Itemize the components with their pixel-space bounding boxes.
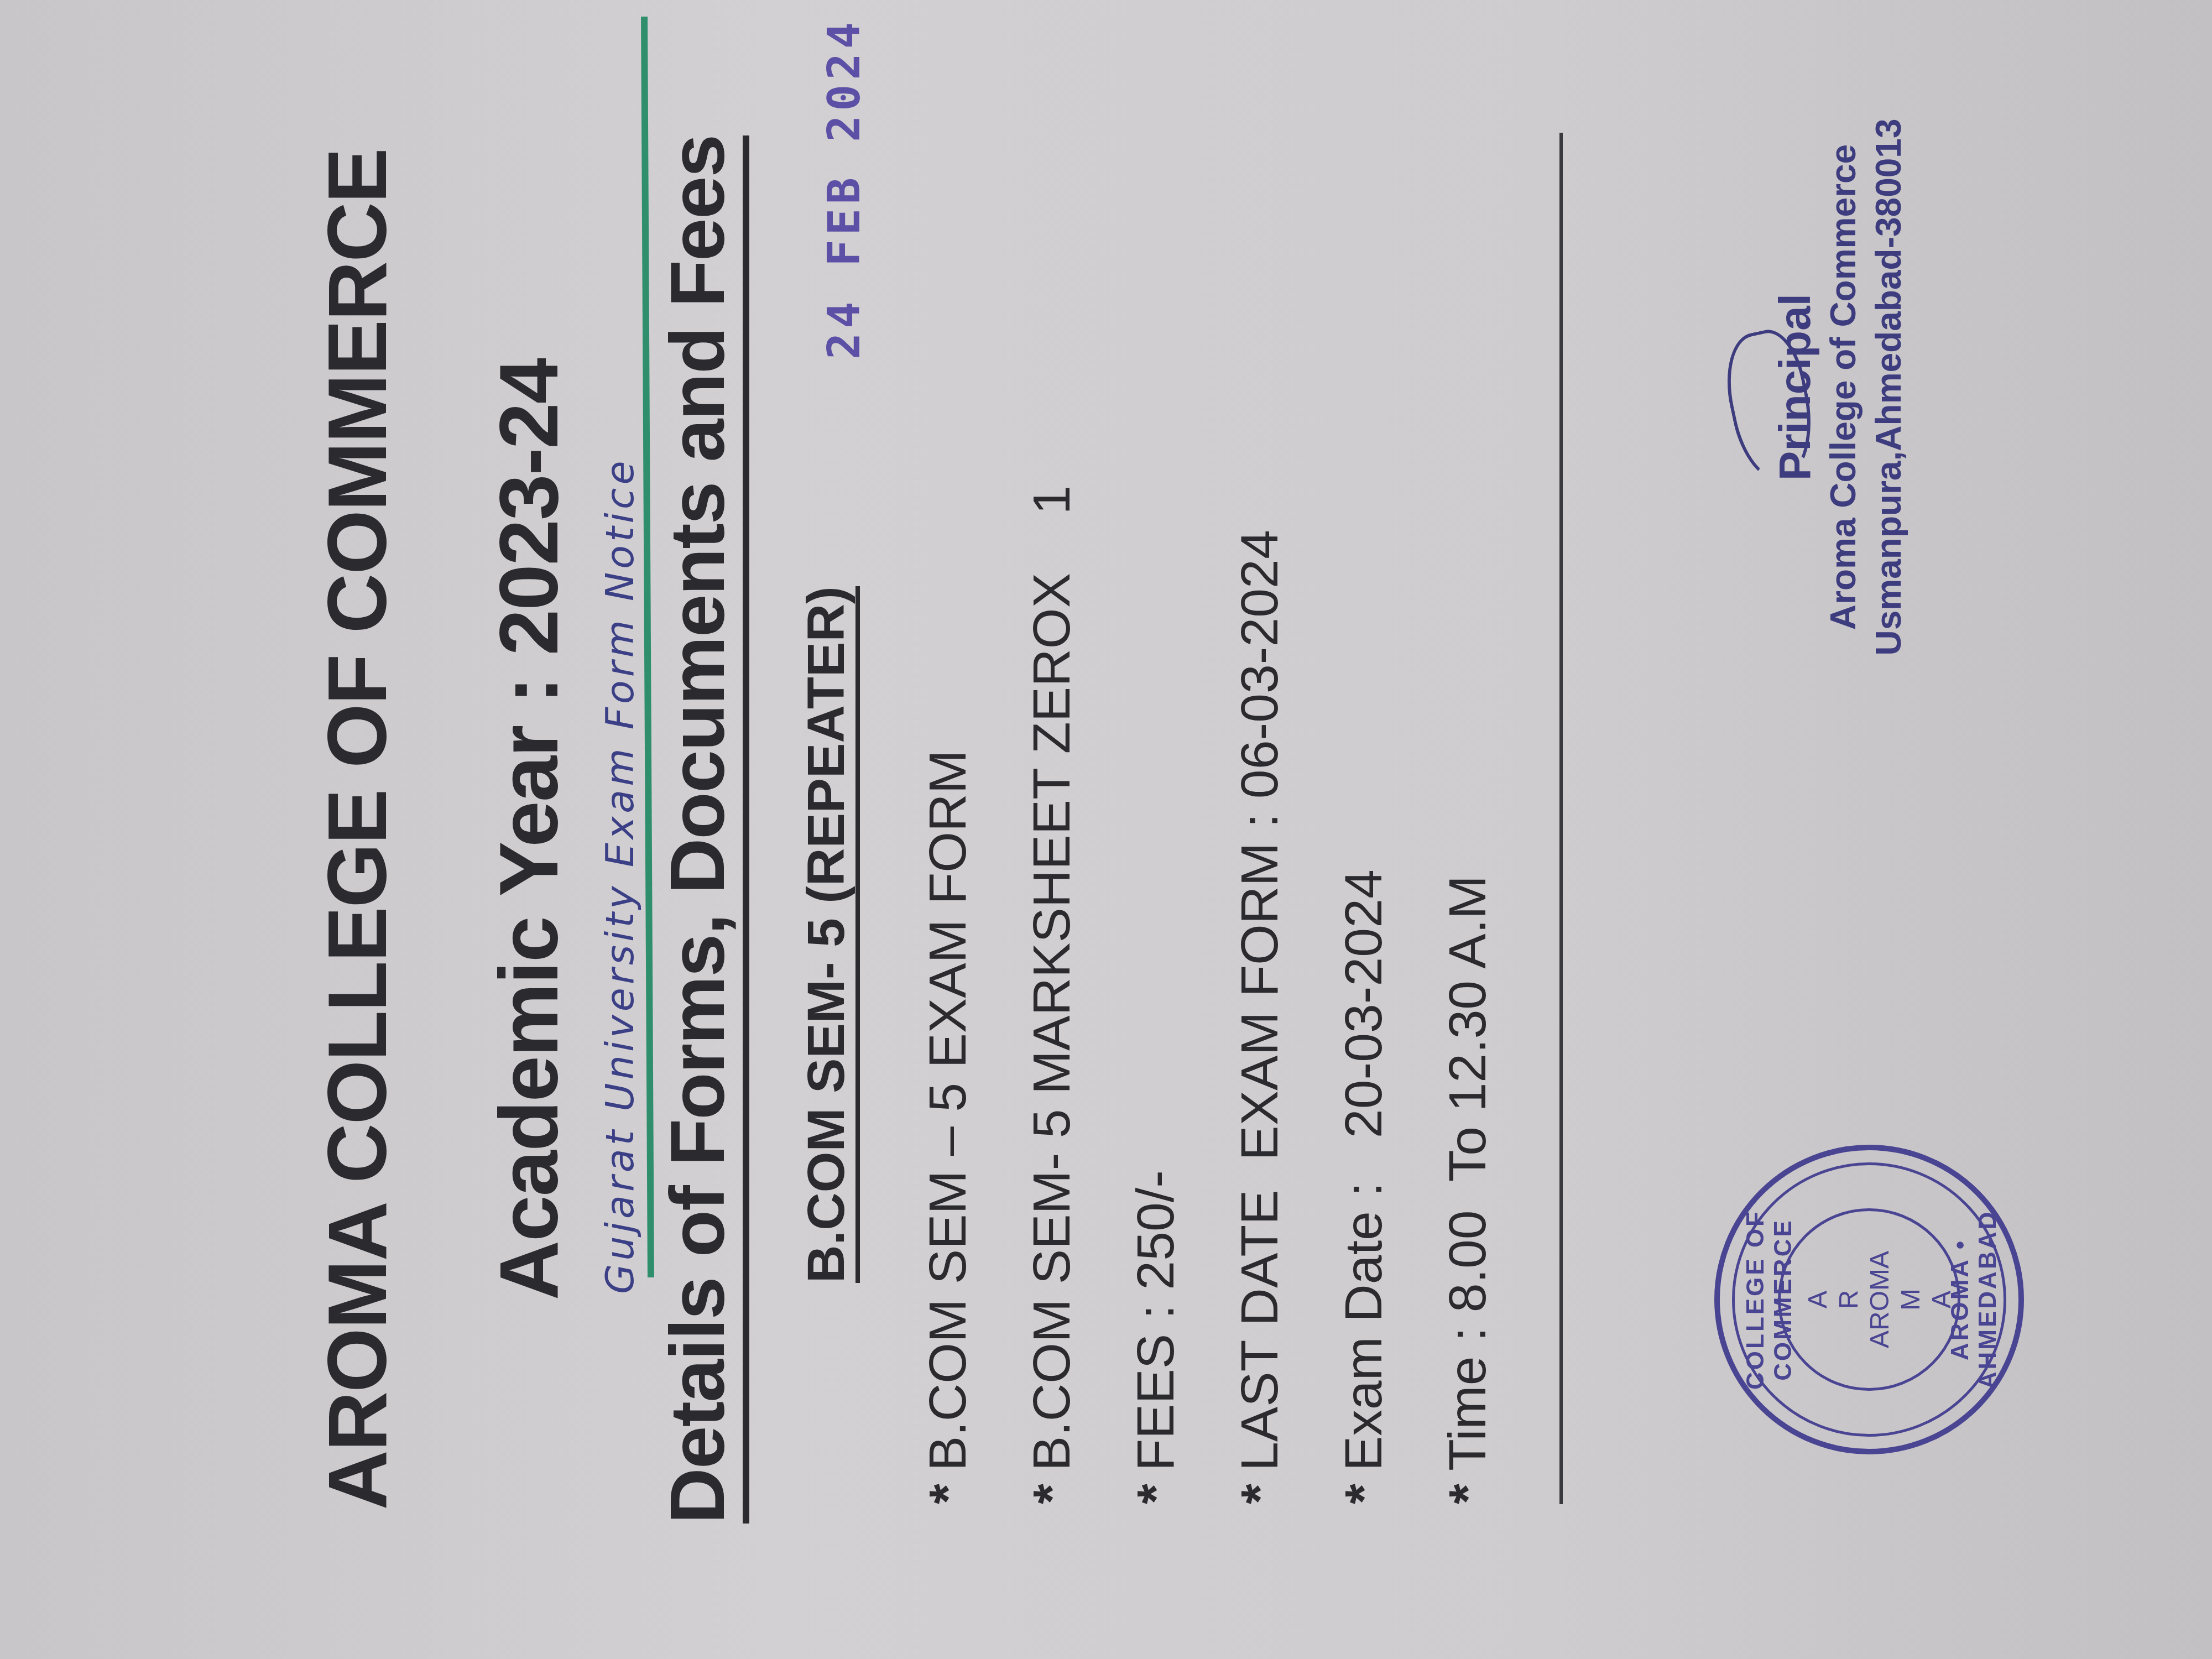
bullet-star-icon: * [1208, 1471, 1312, 1504]
list-item-text: FEES : 250/- [1126, 1170, 1185, 1471]
list-item-text: B.COM SEM- 5 MARKSHEET ZEROX 1 [1022, 486, 1081, 1471]
list-item: *B.COM SEM- 5 MARKSHEET ZEROX 1 [1000, 486, 1104, 1504]
requirements-list: *B.COM SEM – 5 EXAM FORM *B.COM SEM- 5 M… [896, 486, 1520, 1504]
bullet-star-icon: * [1312, 1471, 1416, 1504]
list-item-text: LAST DATE EXAM FORM : 06-03-2024 [1230, 530, 1289, 1471]
bullet-star-icon: * [1000, 1471, 1104, 1504]
college-name: AROMA COLLEGE OF COMMERCE [310, 0, 405, 1659]
seal-text-top: COLLEGE OF COMMERCE [1742, 1150, 1797, 1449]
bullet-star-icon: * [1104, 1471, 1208, 1504]
notice-sheet: AROMA COLLEGE OF COMMERCE Academic Year … [0, 0, 2212, 1659]
seal-line: AROMA [1865, 1150, 1896, 1449]
divider [1559, 133, 1563, 1504]
list-item: *FEES : 250/- [1104, 486, 1208, 1504]
list-item: *B.COM SEM – 5 EXAM FORM [896, 486, 1000, 1504]
list-item-text: Time : 8.00 To 12.30 A.M [1438, 875, 1497, 1471]
list-item: *Time : 8.00 To 12.30 A.M [1416, 486, 1520, 1504]
academic-year: Academic Year : 2023-24 [481, 0, 577, 1659]
bullet-star-icon: * [896, 1471, 1000, 1504]
bullet-star-icon: * [1416, 1471, 1520, 1504]
seal-inner-text: A R AROMA M A [1803, 1150, 1958, 1449]
course-heading-text: B.COM SEM- 5 (REPEATER) [797, 586, 860, 1283]
course-heading: B.COM SEM- 5 (REPEATER) [796, 586, 857, 1283]
seal-line: A [1803, 1150, 1834, 1449]
list-item-text: Exam Date : 20-03-2024 [1334, 869, 1393, 1471]
principal-title: Principal [1770, 55, 1820, 719]
section-title: Details of Forms, Documents and Fees [653, 0, 742, 1659]
list-item: *LAST DATE EXAM FORM : 06-03-2024 [1208, 486, 1312, 1504]
section-title-text: Details of Forms, Documents and Fees [654, 135, 749, 1524]
seal-line: M [1896, 1150, 1927, 1449]
principal-stamp: Principal Aroma College of Commerce Usma… [1770, 55, 1911, 719]
principal-college: Aroma College of Commerce [1820, 55, 1866, 719]
date-stamp: 24 FEB 2024 [818, 18, 870, 359]
handwritten-note: Gujarat University Exam Form Notice [597, 457, 643, 1294]
list-item-text: B.COM SEM – 5 EXAM FORM [919, 750, 977, 1471]
principal-address: Usmanpura,Ahmedabad-380013 [1866, 55, 1911, 719]
list-item: *Exam Date : 20-03-2024 [1312, 486, 1416, 1504]
seal-text-bottom: AROMA • AHMEDABAD [1947, 1150, 2002, 1449]
seal-line: R [1834, 1150, 1865, 1449]
college-seal: COLLEGE OF COMMERCE A R AROMA M A AROMA … [1714, 1145, 2024, 1454]
